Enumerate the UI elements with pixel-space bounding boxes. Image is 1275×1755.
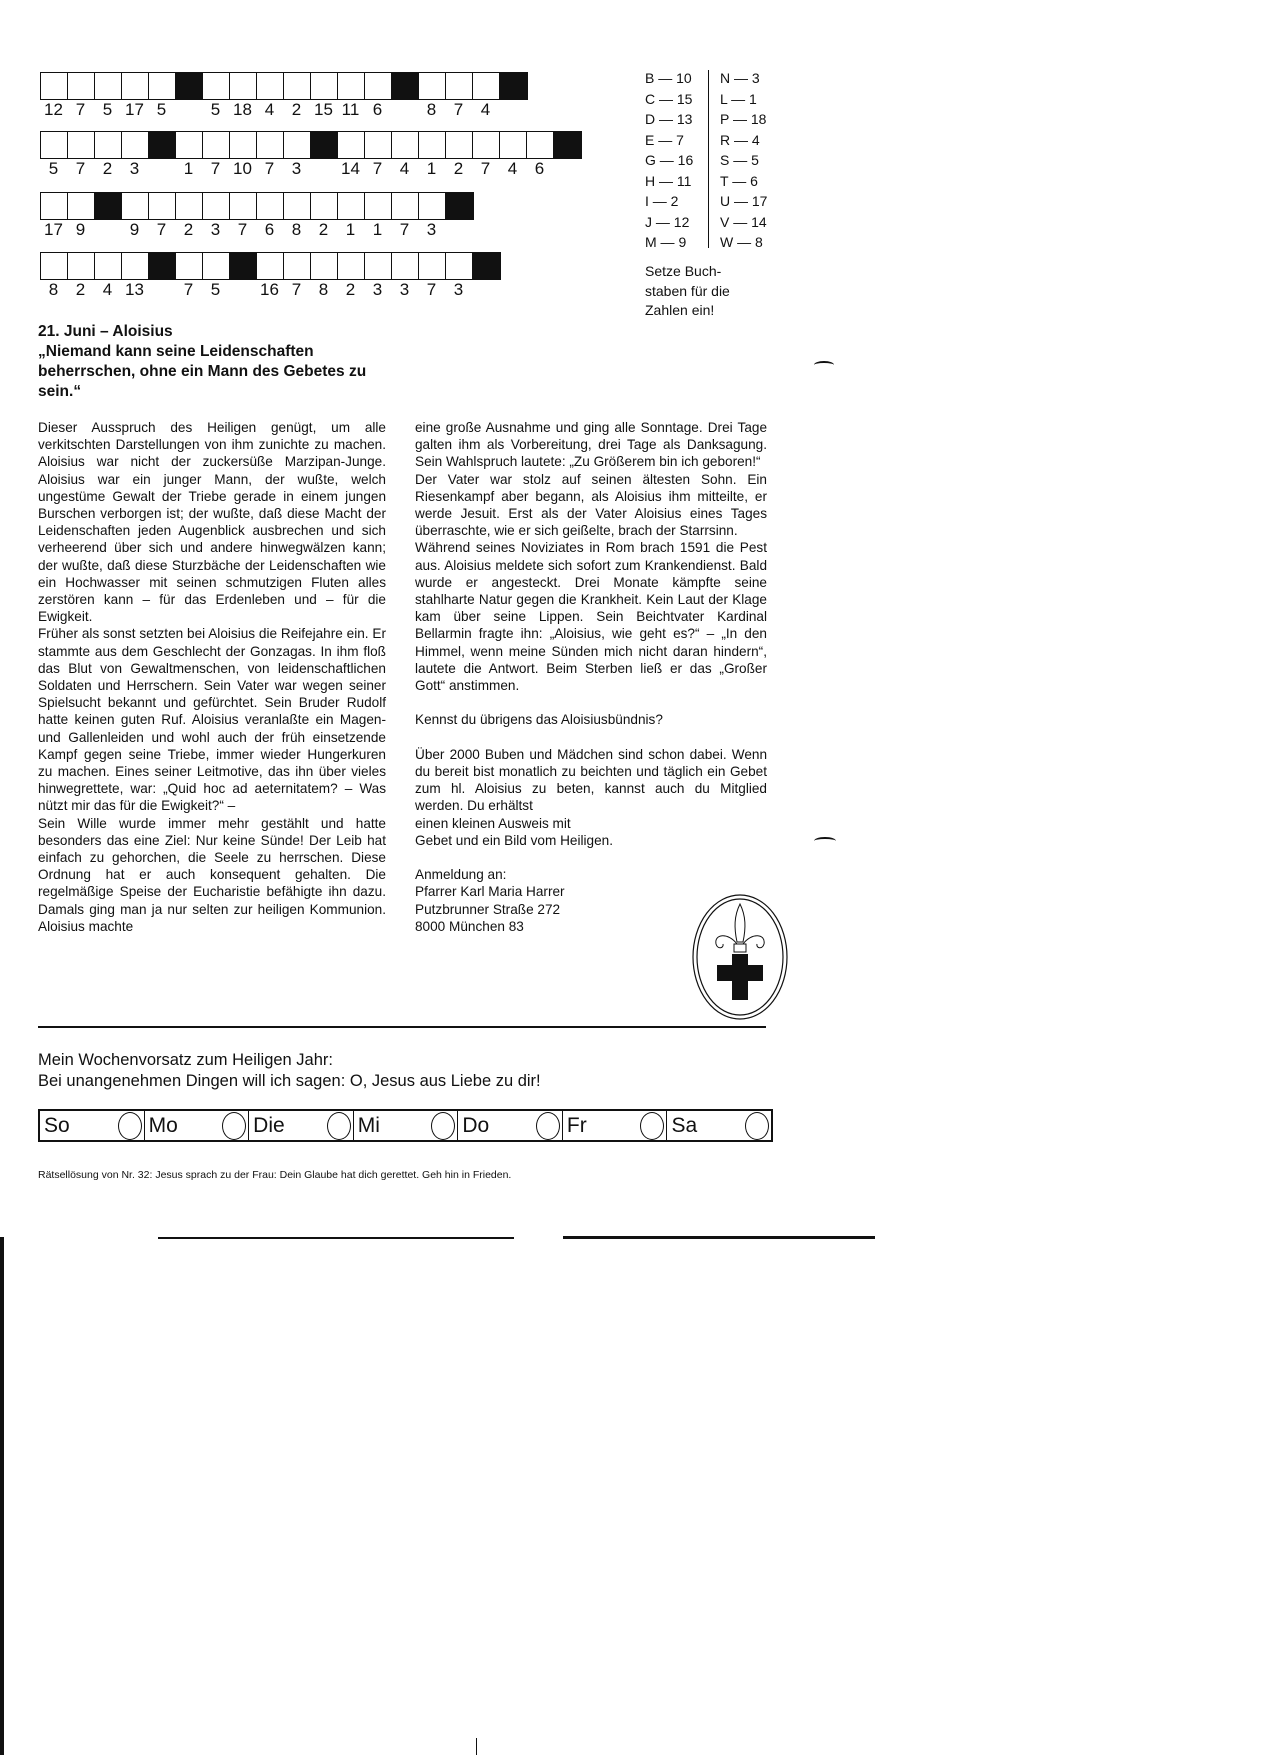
puzzle-solution: Rätsellösung von Nr. 32: Jesus sprach zu… [38, 1169, 511, 1181]
key-entry: P — 18 [720, 109, 767, 130]
puzzle-number: 15 [310, 101, 337, 119]
weekday-label: Sa [671, 1114, 697, 1138]
puzzle-letter-cell[interactable] [67, 192, 96, 220]
puzzle-letter-cell[interactable] [391, 192, 420, 220]
puzzle-number: 6 [256, 221, 283, 239]
puzzle-letter-cell[interactable] [364, 131, 393, 159]
puzzle-letter-cell[interactable] [391, 252, 420, 280]
puzzle-letter-cell[interactable] [337, 252, 366, 280]
bund-text-line: einen kleinen Ausweis mit [415, 815, 767, 832]
weekday-checkbox-circle[interactable] [536, 1112, 560, 1140]
key-left-column: B — 10C — 15D — 13E — 7G — 16H — 11I — 2… [645, 68, 693, 253]
page-mark [158, 1237, 514, 1239]
key-entry: N — 3 [720, 68, 767, 89]
weekday-box: Mo [145, 1111, 250, 1140]
puzzle-number [310, 160, 337, 178]
puzzle-letter-cell[interactable] [418, 252, 447, 280]
puzzle-number: 7 [148, 221, 175, 239]
puzzle-letter-cell[interactable] [364, 192, 393, 220]
paragraph: Sein Wille wurde immer mehr gestählt und… [38, 815, 386, 935]
puzzle-number: 4 [256, 101, 283, 119]
puzzle-black-cell [499, 72, 528, 100]
margin-mark [814, 361, 834, 369]
puzzle-letter-cell[interactable] [418, 72, 447, 100]
puzzle-black-cell [391, 72, 420, 100]
puzzle-letter-cell[interactable] [202, 252, 231, 280]
puzzle-letter-cell[interactable] [499, 131, 528, 159]
puzzle-number [499, 101, 526, 119]
puzzle-letter-cell[interactable] [40, 252, 69, 280]
puzzle-letter-cell[interactable] [175, 252, 204, 280]
bund-text-line: Gebet und ein Bild vom Heiligen. [415, 832, 767, 849]
puzzle-black-cell [148, 131, 177, 159]
weekday-label: Die [253, 1114, 285, 1138]
weekday-label: Do [462, 1114, 489, 1138]
puzzle-number: 8 [283, 221, 310, 239]
puzzle-number: 11 [337, 101, 364, 119]
puzzle-number [553, 160, 580, 178]
article-heading: 21. Juni – Aloisius „Niemand kann seine … [38, 322, 398, 402]
weekday-label: Mi [358, 1114, 380, 1138]
puzzle-letter-cell[interactable] [283, 131, 312, 159]
puzzle-number: 7 [391, 221, 418, 239]
puzzle-letter-cell[interactable] [202, 72, 231, 100]
key-entry: D — 13 [645, 109, 693, 130]
puzzle-number: 4 [391, 160, 418, 178]
puzzle-number: 7 [256, 160, 283, 178]
puzzle-number: 3 [391, 281, 418, 299]
puzzle-number-row: 12751755184215116874 [40, 101, 526, 119]
puzzle-instruction: Setze Buch- staben für die Zahlen ein! [645, 262, 730, 321]
puzzle-letter-cell[interactable] [256, 252, 285, 280]
puzzle-number: 1 [337, 221, 364, 239]
puzzle-number: 4 [94, 281, 121, 299]
puzzle-number: 7 [67, 101, 94, 119]
puzzle-black-cell [310, 131, 339, 159]
weekly-resolution: Mein Wochenvorsatz zum Heiligen Jahr: Be… [38, 1050, 541, 1092]
puzzle-row [40, 252, 499, 280]
puzzle-number [229, 281, 256, 299]
weekday-checkbox-circle[interactable] [640, 1112, 664, 1140]
weekday-checkbox-circle[interactable] [745, 1112, 769, 1140]
puzzle-number: 2 [310, 221, 337, 239]
puzzle-black-cell [445, 192, 474, 220]
puzzle-letter-cell[interactable] [202, 192, 231, 220]
weekday-checkbox-circle[interactable] [431, 1112, 455, 1140]
puzzle-letter-cell[interactable] [364, 252, 393, 280]
puzzle-letter-cell[interactable] [202, 131, 231, 159]
puzzle-number: 5 [40, 160, 67, 178]
puzzle-number: 9 [67, 221, 94, 239]
puzzle-number: 5 [202, 281, 229, 299]
puzzle-letter-cell[interactable] [121, 192, 150, 220]
puzzle-letter-cell[interactable] [418, 131, 447, 159]
puzzle-letter-cell[interactable] [472, 131, 501, 159]
puzzle-number [175, 101, 202, 119]
paragraph: Früher als sonst setzten bei Aloisius di… [38, 625, 386, 814]
weekday-box: Mi [354, 1111, 459, 1140]
puzzle-number [148, 281, 175, 299]
key-entry: S — 5 [720, 150, 767, 171]
puzzle-letter-cell[interactable] [283, 192, 312, 220]
puzzle-letter-cell[interactable] [121, 131, 150, 159]
puzzle-number: 3 [202, 221, 229, 239]
key-entry: E — 7 [645, 130, 693, 151]
puzzle-letter-cell[interactable] [256, 131, 285, 159]
instruction-line: staben für die [645, 282, 730, 302]
resolution-text: Bei unangenehmen Dingen will ich sagen: … [38, 1071, 541, 1092]
puzzle-number: 8 [40, 281, 67, 299]
puzzle-letter-cell[interactable] [310, 72, 339, 100]
puzzle-black-cell [472, 252, 501, 280]
puzzle-letter-cell[interactable] [256, 72, 285, 100]
key-entry: G — 16 [645, 150, 693, 171]
instruction-line: Zahlen ein! [645, 301, 730, 321]
weekday-checkbox-circle[interactable] [327, 1112, 351, 1140]
puzzle-number: 7 [67, 160, 94, 178]
puzzle-letter-cell[interactable] [310, 192, 339, 220]
paragraph: Dieser Ausspruch des Heiligen genügt, um… [38, 419, 386, 625]
weekday-checkbox-circle[interactable] [222, 1112, 246, 1140]
fleur-de-lis-cross-emblem-icon [690, 892, 790, 1022]
key-entry: T — 6 [720, 171, 767, 192]
weekday-checkbox-circle[interactable] [118, 1112, 142, 1140]
puzzle-row [40, 72, 526, 100]
puzzle-letter-cell[interactable] [121, 252, 150, 280]
key-entry: V — 14 [720, 212, 767, 233]
puzzle-letter-cell[interactable] [94, 72, 123, 100]
puzzle-letter-cell[interactable] [472, 72, 501, 100]
puzzle-number: 6 [526, 160, 553, 178]
puzzle-letter-cell[interactable] [337, 72, 366, 100]
puzzle-number: 12 [40, 101, 67, 119]
puzzle-number: 2 [67, 281, 94, 299]
puzzle-number-row: 8241375167823373 [40, 281, 499, 299]
puzzle-letter-cell[interactable] [337, 192, 366, 220]
puzzle-letter-cell[interactable] [121, 72, 150, 100]
puzzle-letter-cell[interactable] [94, 252, 123, 280]
puzzle-letter-cell[interactable] [526, 131, 555, 159]
puzzle-black-cell [229, 252, 258, 280]
puzzle-number-row: 179972376821173 [40, 221, 472, 239]
puzzle-number: 1 [418, 160, 445, 178]
key-entry: H — 11 [645, 171, 693, 192]
weekday-label: So [44, 1114, 70, 1138]
page-mark [476, 1738, 477, 1755]
puzzle-letter-cell[interactable] [94, 131, 123, 159]
key-entry: R — 4 [720, 130, 767, 151]
puzzle-letter-cell[interactable] [445, 72, 474, 100]
puzzle-number: 8 [418, 101, 445, 119]
puzzle-number: 7 [283, 281, 310, 299]
article-column-2: eine große Ausnahme und ging alle Sonnta… [415, 419, 767, 935]
puzzle-letter-cell[interactable] [148, 192, 177, 220]
puzzle-letter-cell[interactable] [148, 72, 177, 100]
key-entry: M — 9 [645, 232, 693, 253]
key-entry: L — 1 [720, 89, 767, 110]
puzzle-number: 4 [499, 160, 526, 178]
puzzle-number: 5 [202, 101, 229, 119]
margin-mark [814, 837, 836, 845]
puzzle-letter-cell[interactable] [256, 192, 285, 220]
date-title: 21. Juni – Aloisius [38, 322, 398, 342]
puzzle-letter-cell[interactable] [229, 131, 258, 159]
address-line: Anmeldung an: [415, 866, 767, 883]
weekday-box: Sa [667, 1111, 771, 1140]
puzzle-letter-cell[interactable] [364, 72, 393, 100]
instruction-line: Setze Buch- [645, 262, 730, 282]
puzzle-number: 17 [121, 101, 148, 119]
weekday-box: Die [249, 1111, 354, 1140]
weekday-label: Fr [567, 1114, 587, 1138]
puzzle-number: 3 [283, 160, 310, 178]
puzzle-number: 7 [175, 281, 202, 299]
puzzle-letter-cell[interactable] [67, 131, 96, 159]
puzzle-number: 6 [364, 101, 391, 119]
puzzle-black-cell [94, 192, 123, 220]
puzzle-number [391, 101, 418, 119]
question: Kennst du übrigens das Aloisiusbündnis? [415, 711, 767, 728]
puzzle-letter-cell[interactable] [445, 252, 474, 280]
puzzle-letter-cell[interactable] [229, 192, 258, 220]
puzzle-number: 14 [337, 160, 364, 178]
puzzle-number: 5 [94, 101, 121, 119]
weekday-checklist: SoMoDieMiDoFrSa [38, 1109, 773, 1142]
weekday-box: Fr [563, 1111, 668, 1140]
puzzle-number: 7 [364, 160, 391, 178]
page-mark [563, 1236, 875, 1239]
bund-text: Über 2000 Buben und Mädchen sind schon d… [415, 746, 767, 815]
puzzle-number: 2 [337, 281, 364, 299]
puzzle-number: 10 [229, 160, 256, 178]
puzzle-number [472, 281, 499, 299]
weekday-box: Do [458, 1111, 563, 1140]
puzzle-black-cell [148, 252, 177, 280]
key-right-column: N — 3L — 1P — 18R — 4S — 5T — 6U — 17V —… [720, 68, 767, 253]
puzzle-number: 7 [445, 101, 472, 119]
page-edge-mark [0, 1237, 4, 1755]
puzzle-number: 2 [175, 221, 202, 239]
key-entry: I — 2 [645, 191, 693, 212]
puzzle-letter-cell[interactable] [40, 131, 69, 159]
puzzle-row [40, 192, 472, 220]
puzzle-number: 17 [40, 221, 67, 239]
puzzle-number: 3 [445, 281, 472, 299]
key-entry: C — 15 [645, 89, 693, 110]
puzzle-letter-cell[interactable] [283, 252, 312, 280]
puzzle-number: 7 [229, 221, 256, 239]
key-entry: B — 10 [645, 68, 693, 89]
puzzle-letter-cell[interactable] [337, 131, 366, 159]
key-entry: J — 12 [645, 212, 693, 233]
puzzle-letter-cell[interactable] [229, 72, 258, 100]
puzzle-number: 2 [94, 160, 121, 178]
puzzle-letter-cell[interactable] [175, 131, 204, 159]
puzzle-letter-cell[interactable] [40, 192, 69, 220]
puzzle-number: 1 [364, 221, 391, 239]
puzzle-letter-cell[interactable] [67, 72, 96, 100]
puzzle-letter-cell[interactable] [40, 72, 69, 100]
puzzle-number [148, 160, 175, 178]
section-divider [38, 1026, 766, 1028]
puzzle-number: 16 [256, 281, 283, 299]
paragraph: Während seines Noviziates in Rom brach 1… [415, 539, 767, 694]
puzzle-letter-cell[interactable] [391, 131, 420, 159]
puzzle-number: 2 [283, 101, 310, 119]
puzzle-number: 5 [148, 101, 175, 119]
puzzle-letter-cell[interactable] [445, 131, 474, 159]
quote: „Niemand kann seine Leidenschaften beher… [38, 342, 398, 402]
puzzle-number: 1 [175, 160, 202, 178]
puzzle-letter-cell[interactable] [283, 72, 312, 100]
paragraph: eine große Ausnahme und ging alle Sonnta… [415, 419, 767, 471]
key-divider [708, 70, 709, 248]
puzzle-letter-cell[interactable] [310, 252, 339, 280]
puzzle-number: 18 [229, 101, 256, 119]
weekday-box: So [40, 1111, 145, 1140]
puzzle-row [40, 131, 580, 159]
puzzle-black-cell [175, 72, 204, 100]
puzzle-number: 9 [121, 221, 148, 239]
puzzle-number: 8 [310, 281, 337, 299]
puzzle-number: 3 [418, 221, 445, 239]
puzzle-number: 3 [364, 281, 391, 299]
key-entry: W — 8 [720, 232, 767, 253]
puzzle-number: 7 [472, 160, 499, 178]
puzzle-letter-cell[interactable] [418, 192, 447, 220]
weekday-label: Mo [149, 1114, 178, 1138]
key-entry: U — 17 [720, 191, 767, 212]
puzzle-letter-cell[interactable] [175, 192, 204, 220]
puzzle-letter-cell[interactable] [67, 252, 96, 280]
puzzle-number: 4 [472, 101, 499, 119]
article-column-1: Dieser Ausspruch des Heiligen genügt, um… [38, 419, 386, 935]
paragraph: Der Vater war stolz auf seinen ältesten … [415, 471, 767, 540]
puzzle-number: 7 [418, 281, 445, 299]
puzzle-number [94, 221, 121, 239]
puzzle-number: 3 [121, 160, 148, 178]
puzzle-number [445, 221, 472, 239]
puzzle-number: 2 [445, 160, 472, 178]
puzzle-number-row: 5723171073147412746 [40, 160, 580, 178]
resolution-title: Mein Wochenvorsatz zum Heiligen Jahr: [38, 1050, 541, 1071]
puzzle-number: 13 [121, 281, 148, 299]
puzzle-black-cell [553, 131, 582, 159]
puzzle-number: 7 [202, 160, 229, 178]
